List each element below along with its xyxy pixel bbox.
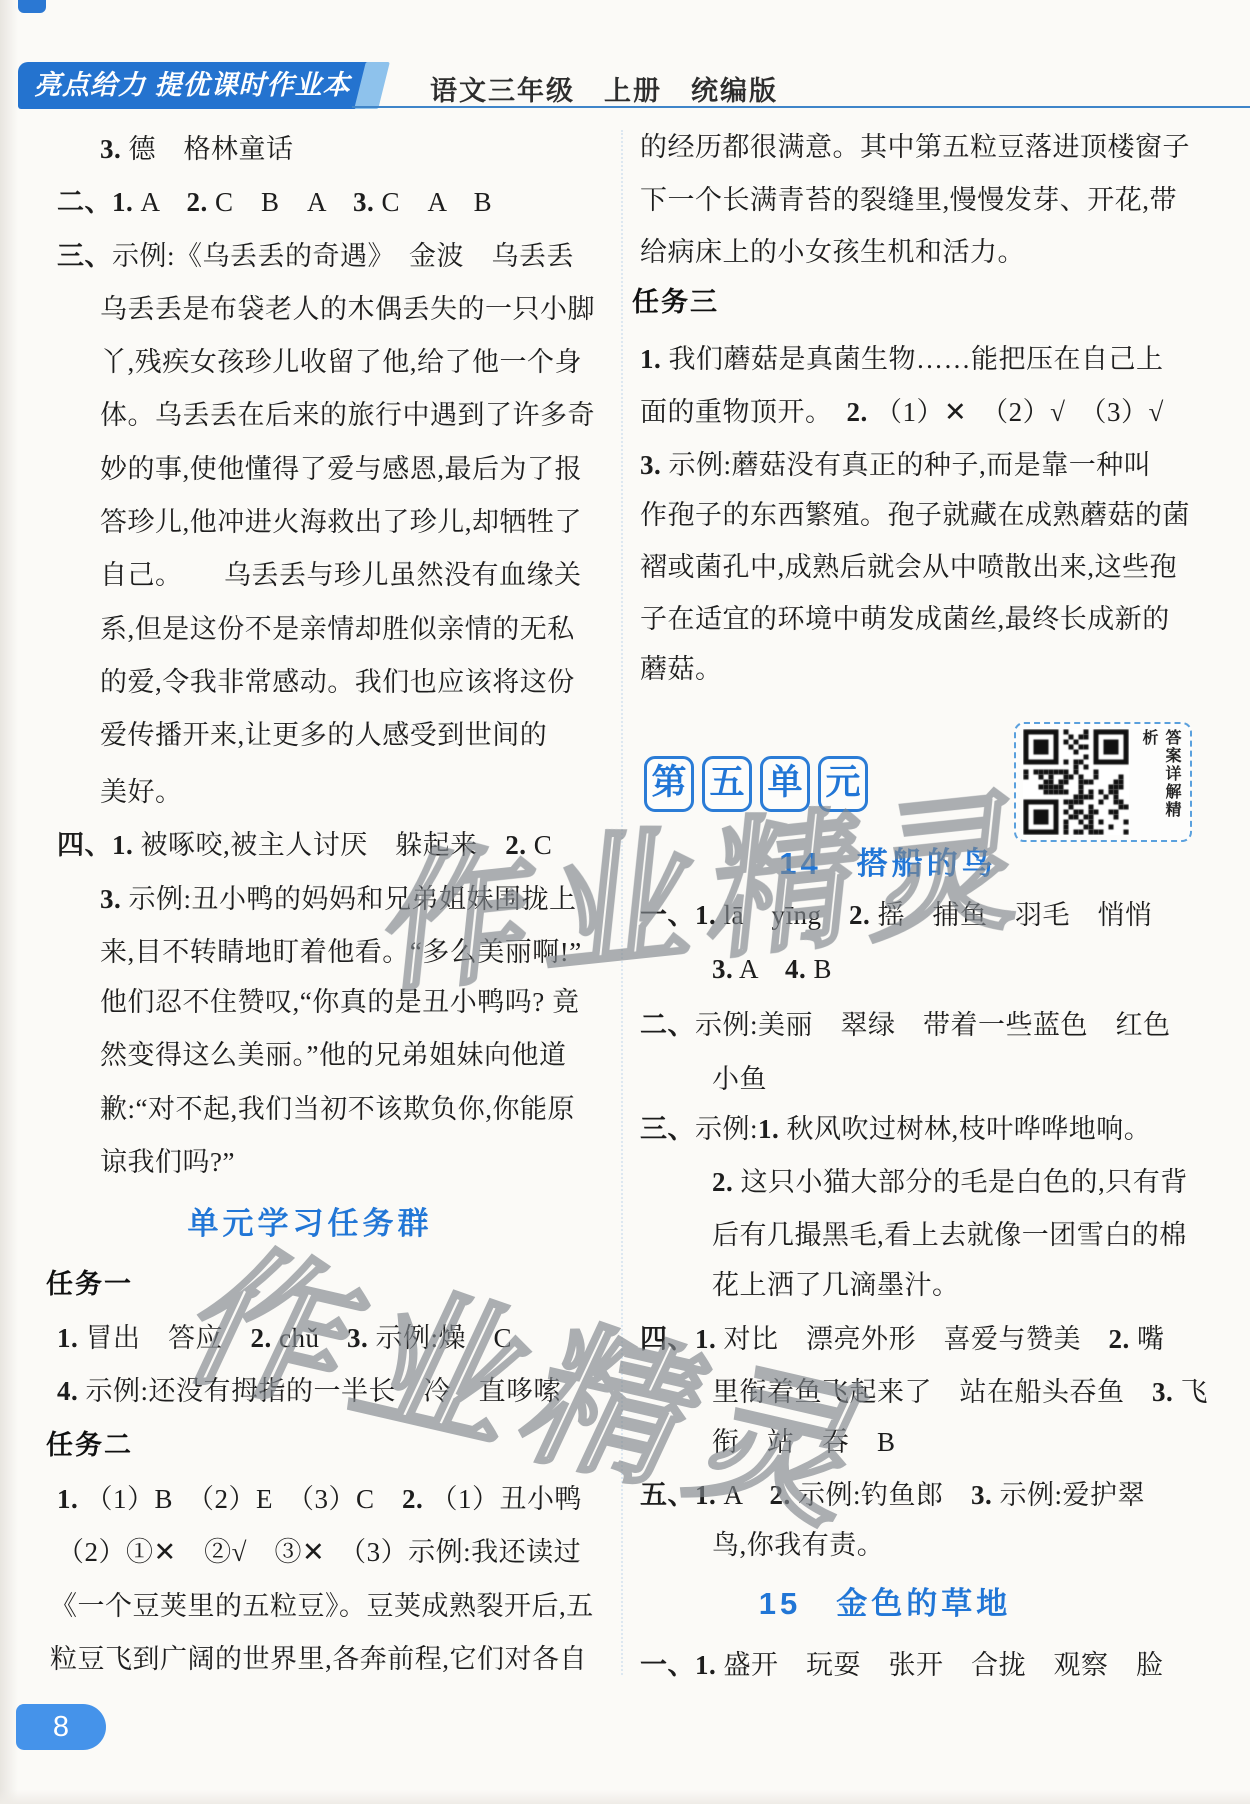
answer-qr-box: 答案详解精析 [1014,722,1192,842]
answer-line: 作孢子的东西繁殖。孢子就藏在成熟蘑菇的菌 [640,499,1190,531]
answer-line: 四、1. 对比 漂亮外形 喜爱与赞美 2. 嘴 [640,1323,1165,1355]
task-label: 任务三 [632,286,719,318]
answer-line: 鸟,你我有责。 [712,1529,884,1561]
answer-line: 2. 这只小猫大部分的毛是白色的,只有背 [712,1166,1188,1198]
answer-line: 后有几撮黑毛,看上去就像一团雪白的棉 [712,1219,1187,1251]
answer-line: 3. A 4. B [712,953,832,985]
answer-line: 衔 站 吞 B [712,1426,896,1458]
answer-line: 小鱼 [712,1063,767,1095]
unit-5-banner: 第 五 单 元 [644,756,868,812]
answer-line: 三、示例:1. 秋风吹过树林,枝叶哗哗地响。 [640,1113,1151,1145]
unit-banner-char: 五 [702,756,752,812]
answer-line: 给病床上的小女孩生机和活力。 [640,236,1025,268]
answer-line: 子在适宜的环境中萌发成菌丝,最终长成新的 [640,603,1170,635]
qr-label: 答案详解精析 [1137,729,1183,835]
answer-line: 的经历都很满意。其中第五粒豆落进顶楼窗子 [640,131,1190,163]
answer-line: 褶或菌孔中,成熟后就会从中喷散出来,这些孢 [640,551,1177,583]
answer-line: 一、1. 盛开 玩耍 张开 合拢 观察 脸 [640,1649,1164,1681]
answer-line: 面的重物顶开。 2. （1）✕ （2）√ （3）√ [640,396,1164,428]
qr-code [1023,729,1129,835]
answer-line: 3. 示例:蘑菇没有真正的种子,而是靠一种叫 [640,449,1151,481]
brand-title: 亮点给力 提优课时作业本 [18,62,352,109]
page-number: 8 [53,1711,69,1744]
answer-line: 五、1. A 2. 示例:钓鱼郎 3. 示例:爱护翠 [640,1479,1145,1511]
answer-line: 蘑菇。 [640,653,723,685]
section-heading: 15 金色的草地 [759,1585,1011,1622]
answer-line: 下一个长满青苔的裂缝里,慢慢发芽、开花,带 [640,184,1177,216]
page-number-badge: 8 [16,1704,106,1750]
brand-banner: 亮点给力 提优课时作业本 [18,62,352,109]
unit-banner-char: 单 [760,756,810,812]
unit-banner-char: 元 [818,756,868,812]
answer-line: 一、1. lā yīng 2. 摇 捕鱼 羽毛 悄悄 [640,899,1153,931]
section-heading: 14 搭船的鸟 [779,845,996,882]
answer-line: 花上洒了几滴墨汁。 [712,1269,960,1301]
answer-line: 里衔着鱼飞起来了 站在船头吞鱼 3. 飞 [712,1376,1208,1408]
answer-line: 1. 我们蘑菇是真菌生物……能把压在自己上 [640,343,1164,375]
unit-banner-char: 第 [644,756,694,812]
right-answer-column: 的经历都很满意。其中第五粒豆落进顶楼窗子下一个长满青苔的裂缝里,慢慢发芽、开花,… [0,0,1250,1804]
answer-line: 二、示例:美丽 翠绿 带着一些蓝色 红色 [640,1009,1171,1041]
